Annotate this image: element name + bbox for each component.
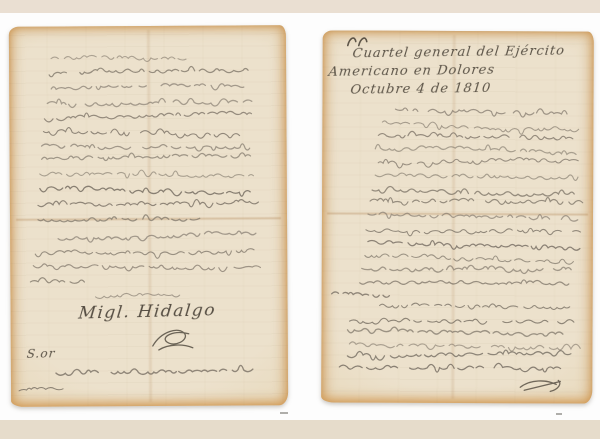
manuscript-page-right: Cuartel general del Ejército Americano e… bbox=[321, 30, 594, 403]
letterhead-line-1: Cuartel general del Ejército bbox=[352, 44, 566, 62]
date-line: Octubre 4 de 1810 bbox=[350, 81, 492, 98]
handwriting-block bbox=[9, 25, 286, 27]
handwriting-line bbox=[56, 361, 249, 383]
signature-text: Migl. Hidalgo bbox=[77, 300, 217, 323]
handwriting-line bbox=[19, 381, 61, 401]
salutation-text: S.or bbox=[26, 346, 56, 361]
scan-speck bbox=[556, 413, 562, 415]
signature-rubric-icon bbox=[149, 324, 201, 354]
scan-speck bbox=[280, 412, 288, 414]
bottom-margin-bar bbox=[0, 420, 600, 439]
letterhead-line-2: Americano en Dolores bbox=[328, 63, 496, 80]
closing-paraph-icon bbox=[516, 375, 568, 395]
handwriting-block bbox=[323, 30, 594, 31]
photo-canvas: Migl. Hidalgo S.or Cuartel general del E… bbox=[0, 0, 600, 439]
manuscript-page-left: Migl. Hidalgo S.or bbox=[9, 25, 288, 407]
top-margin-bar bbox=[0, 0, 600, 13]
handwriting-line bbox=[30, 271, 80, 292]
